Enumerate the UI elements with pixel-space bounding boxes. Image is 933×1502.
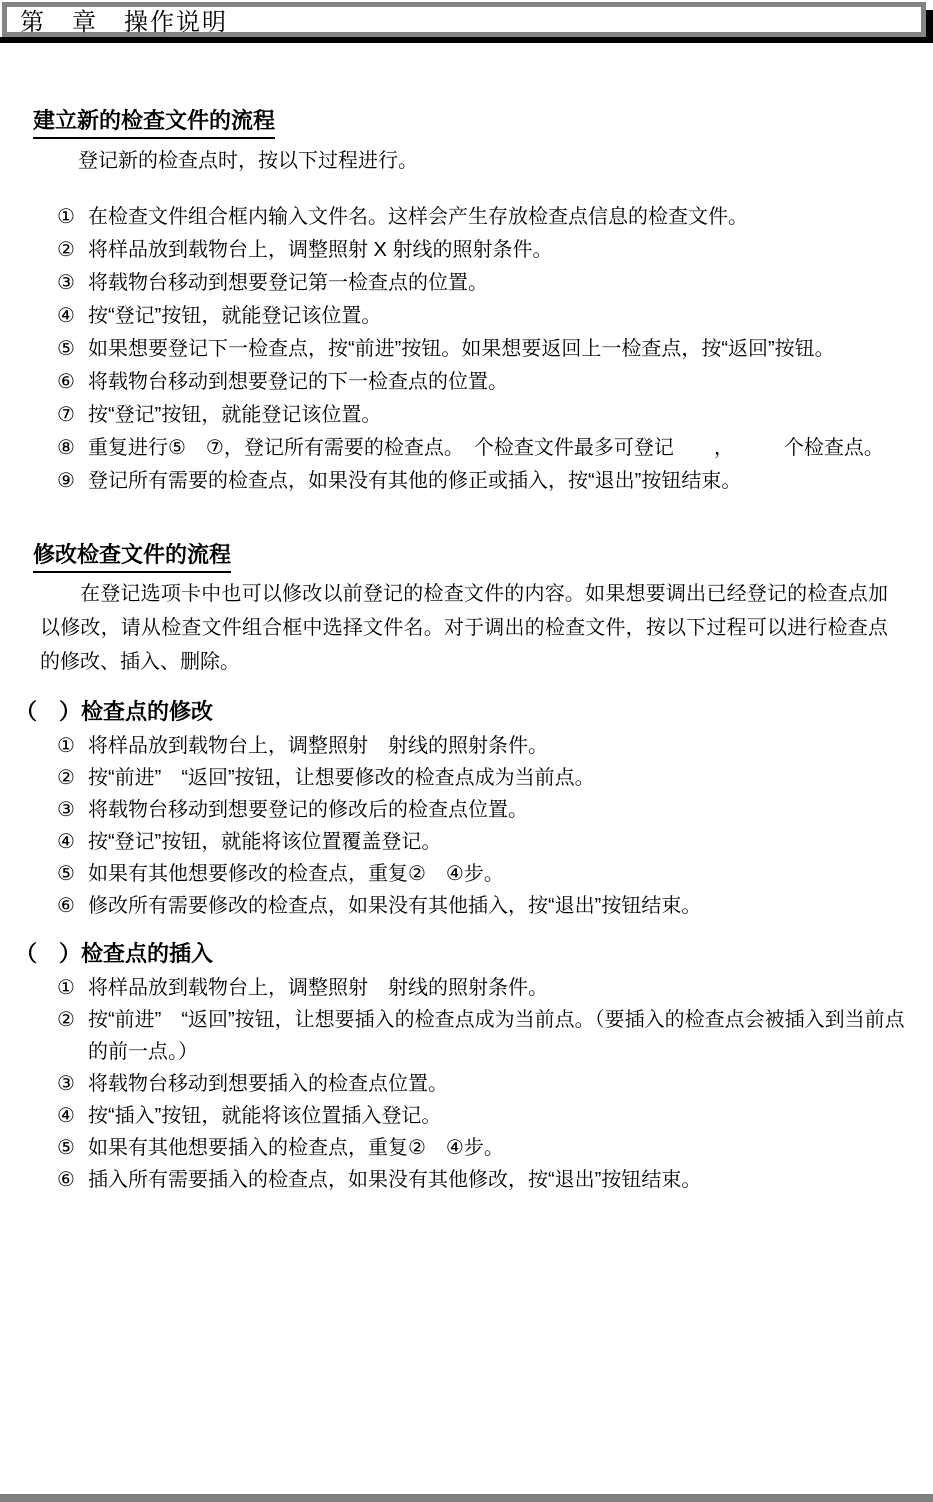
step-number: ① bbox=[57, 972, 88, 1004]
step-text: 将载物台移动到想要登记的下一检查点的位置。 bbox=[88, 366, 923, 399]
step-text: 将载物台移动到想要插入的检查点位置。 bbox=[88, 1068, 923, 1100]
intro-text: 登记新的检查点时，按以下过程进行。 bbox=[78, 149, 933, 173]
section-heading-modify-file: 修改检查文件的流程 bbox=[33, 540, 933, 573]
step-row: ② 按“前进” “返回”按钮，让想要插入的检查点成为当前点。（要插入的检查点会被… bbox=[57, 1004, 923, 1068]
step-row: ⑧ 重复进行⑤ ⑦，登记所有需要的检查点。 个检查文件最多可登记 ， 个检查点。 bbox=[57, 432, 923, 465]
step-row: ④ 按“登记”按钮，就能登记该位置。 bbox=[57, 300, 923, 333]
step-number: ⑨ bbox=[57, 465, 88, 498]
document-page: 第 章 操作说明 建立新的检查文件的流程 登记新的检查点时，按以下过程进行。 ①… bbox=[0, 0, 933, 1502]
step-text: 按“前进” “返回”按钮，让想要修改的检查点成为当前点。 bbox=[88, 762, 923, 794]
subsection-heading-point-insert: （ ）检查点的插入 bbox=[15, 939, 933, 968]
step-text: 将样品放到载物台上，调整照射 X 射线的照射条件。 bbox=[88, 234, 923, 267]
step-text: 按“登记”按钮，就能将该位置覆盖登记。 bbox=[88, 826, 923, 858]
step-number: ① bbox=[57, 730, 88, 762]
step-number: ⑤ bbox=[57, 858, 88, 890]
step-text: 重复进行⑤ ⑦，登记所有需要的检查点。 个检查文件最多可登记 ， 个检查点。 bbox=[88, 432, 923, 465]
step-text: 插入所有需要插入的检查点，如果没有其他修改，按“退出”按钮结束。 bbox=[88, 1164, 923, 1196]
section-heading-new-file-text: 建立新的检查文件的流程 bbox=[33, 106, 275, 139]
step-row: ⑤ 如果有其他想要修改的检查点，重复② ④步。 bbox=[57, 858, 923, 890]
step-row: ② 将样品放到载物台上，调整照射 X 射线的照射条件。 bbox=[57, 234, 923, 267]
paragraph-modify-file: 在登记选项卡中也可以修改以前登记的检查文件的内容。如果想要调出已经登记的检查点加… bbox=[40, 577, 888, 679]
step-number: ① bbox=[57, 201, 88, 234]
step-text: 按“登记”按钮，就能登记该位置。 bbox=[88, 300, 923, 333]
subsection-heading-point-modify: （ ）检查点的修改 bbox=[15, 697, 933, 726]
step-number: ⑤ bbox=[57, 1132, 88, 1164]
step-row: ④ 按“插入”按钮，就能将该位置插入登记。 bbox=[57, 1100, 923, 1132]
step-text: 如果有其他想要修改的检查点，重复② ④步。 bbox=[88, 858, 923, 890]
section-heading-modify-file-text: 修改检查文件的流程 bbox=[33, 540, 231, 573]
step-text: 在检查文件组合框内输入文件名。这样会产生存放检查点信息的检查文件。 bbox=[88, 201, 923, 234]
step-number: ⑧ bbox=[57, 432, 88, 465]
step-row: ① 将样品放到载物台上，调整照射 射线的照射条件。 bbox=[57, 730, 923, 762]
page-content: 建立新的检查文件的流程 登记新的检查点时，按以下过程进行。 ① 在检查文件组合框… bbox=[0, 43, 933, 1196]
header-shadow-right bbox=[926, 10, 933, 37]
step-row: ⑥ 修改所有需要修改的检查点，如果没有其他插入，按“退出”按钮结束。 bbox=[57, 890, 923, 922]
step-row: ③ 将载物台移动到想要插入的检查点位置。 bbox=[57, 1068, 923, 1100]
step-number: ② bbox=[57, 1004, 88, 1068]
step-number: ⑥ bbox=[57, 890, 88, 922]
step-text: 将载物台移动到想要登记的修改后的检查点位置。 bbox=[88, 794, 923, 826]
step-row: ⑥ 将载物台移动到想要登记的下一检查点的位置。 bbox=[57, 366, 923, 399]
section-heading-new-file: 建立新的检查文件的流程 bbox=[33, 106, 933, 139]
step-text: 如果有其他想要插入的检查点，重复② ④步。 bbox=[88, 1132, 923, 1164]
page-header: 第 章 操作说明 bbox=[2, 2, 926, 37]
step-number: ③ bbox=[57, 1068, 88, 1100]
step-row: ① 在检查文件组合框内输入文件名。这样会产生存放检查点信息的检查文件。 bbox=[57, 201, 923, 234]
step-list-point-modify: ① 将样品放到载物台上，调整照射 射线的照射条件。 ② 按“前进” “返回”按钮… bbox=[57, 730, 923, 922]
step-number: ④ bbox=[57, 826, 88, 858]
step-row: ⑤ 如果想要登记下一检查点，按“前进”按钮。如果想要返回上一检查点，按“返回”按… bbox=[57, 333, 923, 366]
step-row: ⑤ 如果有其他想要插入的检查点，重复② ④步。 bbox=[57, 1132, 923, 1164]
step-number: ② bbox=[57, 762, 88, 794]
step-row: ① 将样品放到载物台上，调整照射 射线的照射条件。 bbox=[57, 972, 923, 1004]
step-number: ④ bbox=[57, 300, 88, 333]
step-row: ⑨ 登记所有需要的检查点，如果没有其他的修正或插入，按“退出”按钮结束。 bbox=[57, 465, 923, 498]
footer-bar bbox=[0, 1494, 933, 1502]
step-text: 按“前进” “返回”按钮，让想要插入的检查点成为当前点。（要插入的检查点会被插入… bbox=[88, 1004, 923, 1068]
step-list-point-insert: ① 将样品放到载物台上，调整照射 射线的照射条件。 ② 按“前进” “返回”按钮… bbox=[57, 972, 923, 1196]
step-number: ③ bbox=[57, 267, 88, 300]
chapter-title: 第 章 操作说明 bbox=[20, 2, 228, 37]
step-row: ⑥ 插入所有需要插入的检查点，如果没有其他修改，按“退出”按钮结束。 bbox=[57, 1164, 923, 1196]
step-number: ⑥ bbox=[57, 366, 88, 399]
step-list-new: ① 在检查文件组合框内输入文件名。这样会产生存放检查点信息的检查文件。 ② 将样… bbox=[57, 201, 923, 498]
step-text: 修改所有需要修改的检查点，如果没有其他插入，按“退出”按钮结束。 bbox=[88, 890, 923, 922]
step-number: ② bbox=[57, 234, 88, 267]
step-row: ④ 按“登记”按钮，就能将该位置覆盖登记。 bbox=[57, 826, 923, 858]
step-text: 登记所有需要的检查点，如果没有其他的修正或插入，按“退出”按钮结束。 bbox=[88, 465, 923, 498]
step-number: ⑦ bbox=[57, 399, 88, 432]
step-row: ⑦ 按“登记”按钮，就能登记该位置。 bbox=[57, 399, 923, 432]
step-number: ⑤ bbox=[57, 333, 88, 366]
step-text: 按“插入”按钮，就能将该位置插入登记。 bbox=[88, 1100, 923, 1132]
step-text: 将载物台移动到想要登记第一检查点的位置。 bbox=[88, 267, 923, 300]
step-number: ⑥ bbox=[57, 1164, 88, 1196]
step-row: ③ 将载物台移动到想要登记的修改后的检查点位置。 bbox=[57, 794, 923, 826]
step-number: ④ bbox=[57, 1100, 88, 1132]
step-text: 按“登记”按钮，就能登记该位置。 bbox=[88, 399, 923, 432]
step-row: ③ 将载物台移动到想要登记第一检查点的位置。 bbox=[57, 267, 923, 300]
step-text: 如果想要登记下一检查点，按“前进”按钮。如果想要返回上一检查点，按“返回”按钮。 bbox=[88, 333, 923, 366]
step-text: 将样品放到载物台上，调整照射 射线的照射条件。 bbox=[88, 730, 923, 762]
step-row: ② 按“前进” “返回”按钮，让想要修改的检查点成为当前点。 bbox=[57, 762, 923, 794]
step-text: 将样品放到载物台上，调整照射 射线的照射条件。 bbox=[88, 972, 923, 1004]
step-number: ③ bbox=[57, 794, 88, 826]
